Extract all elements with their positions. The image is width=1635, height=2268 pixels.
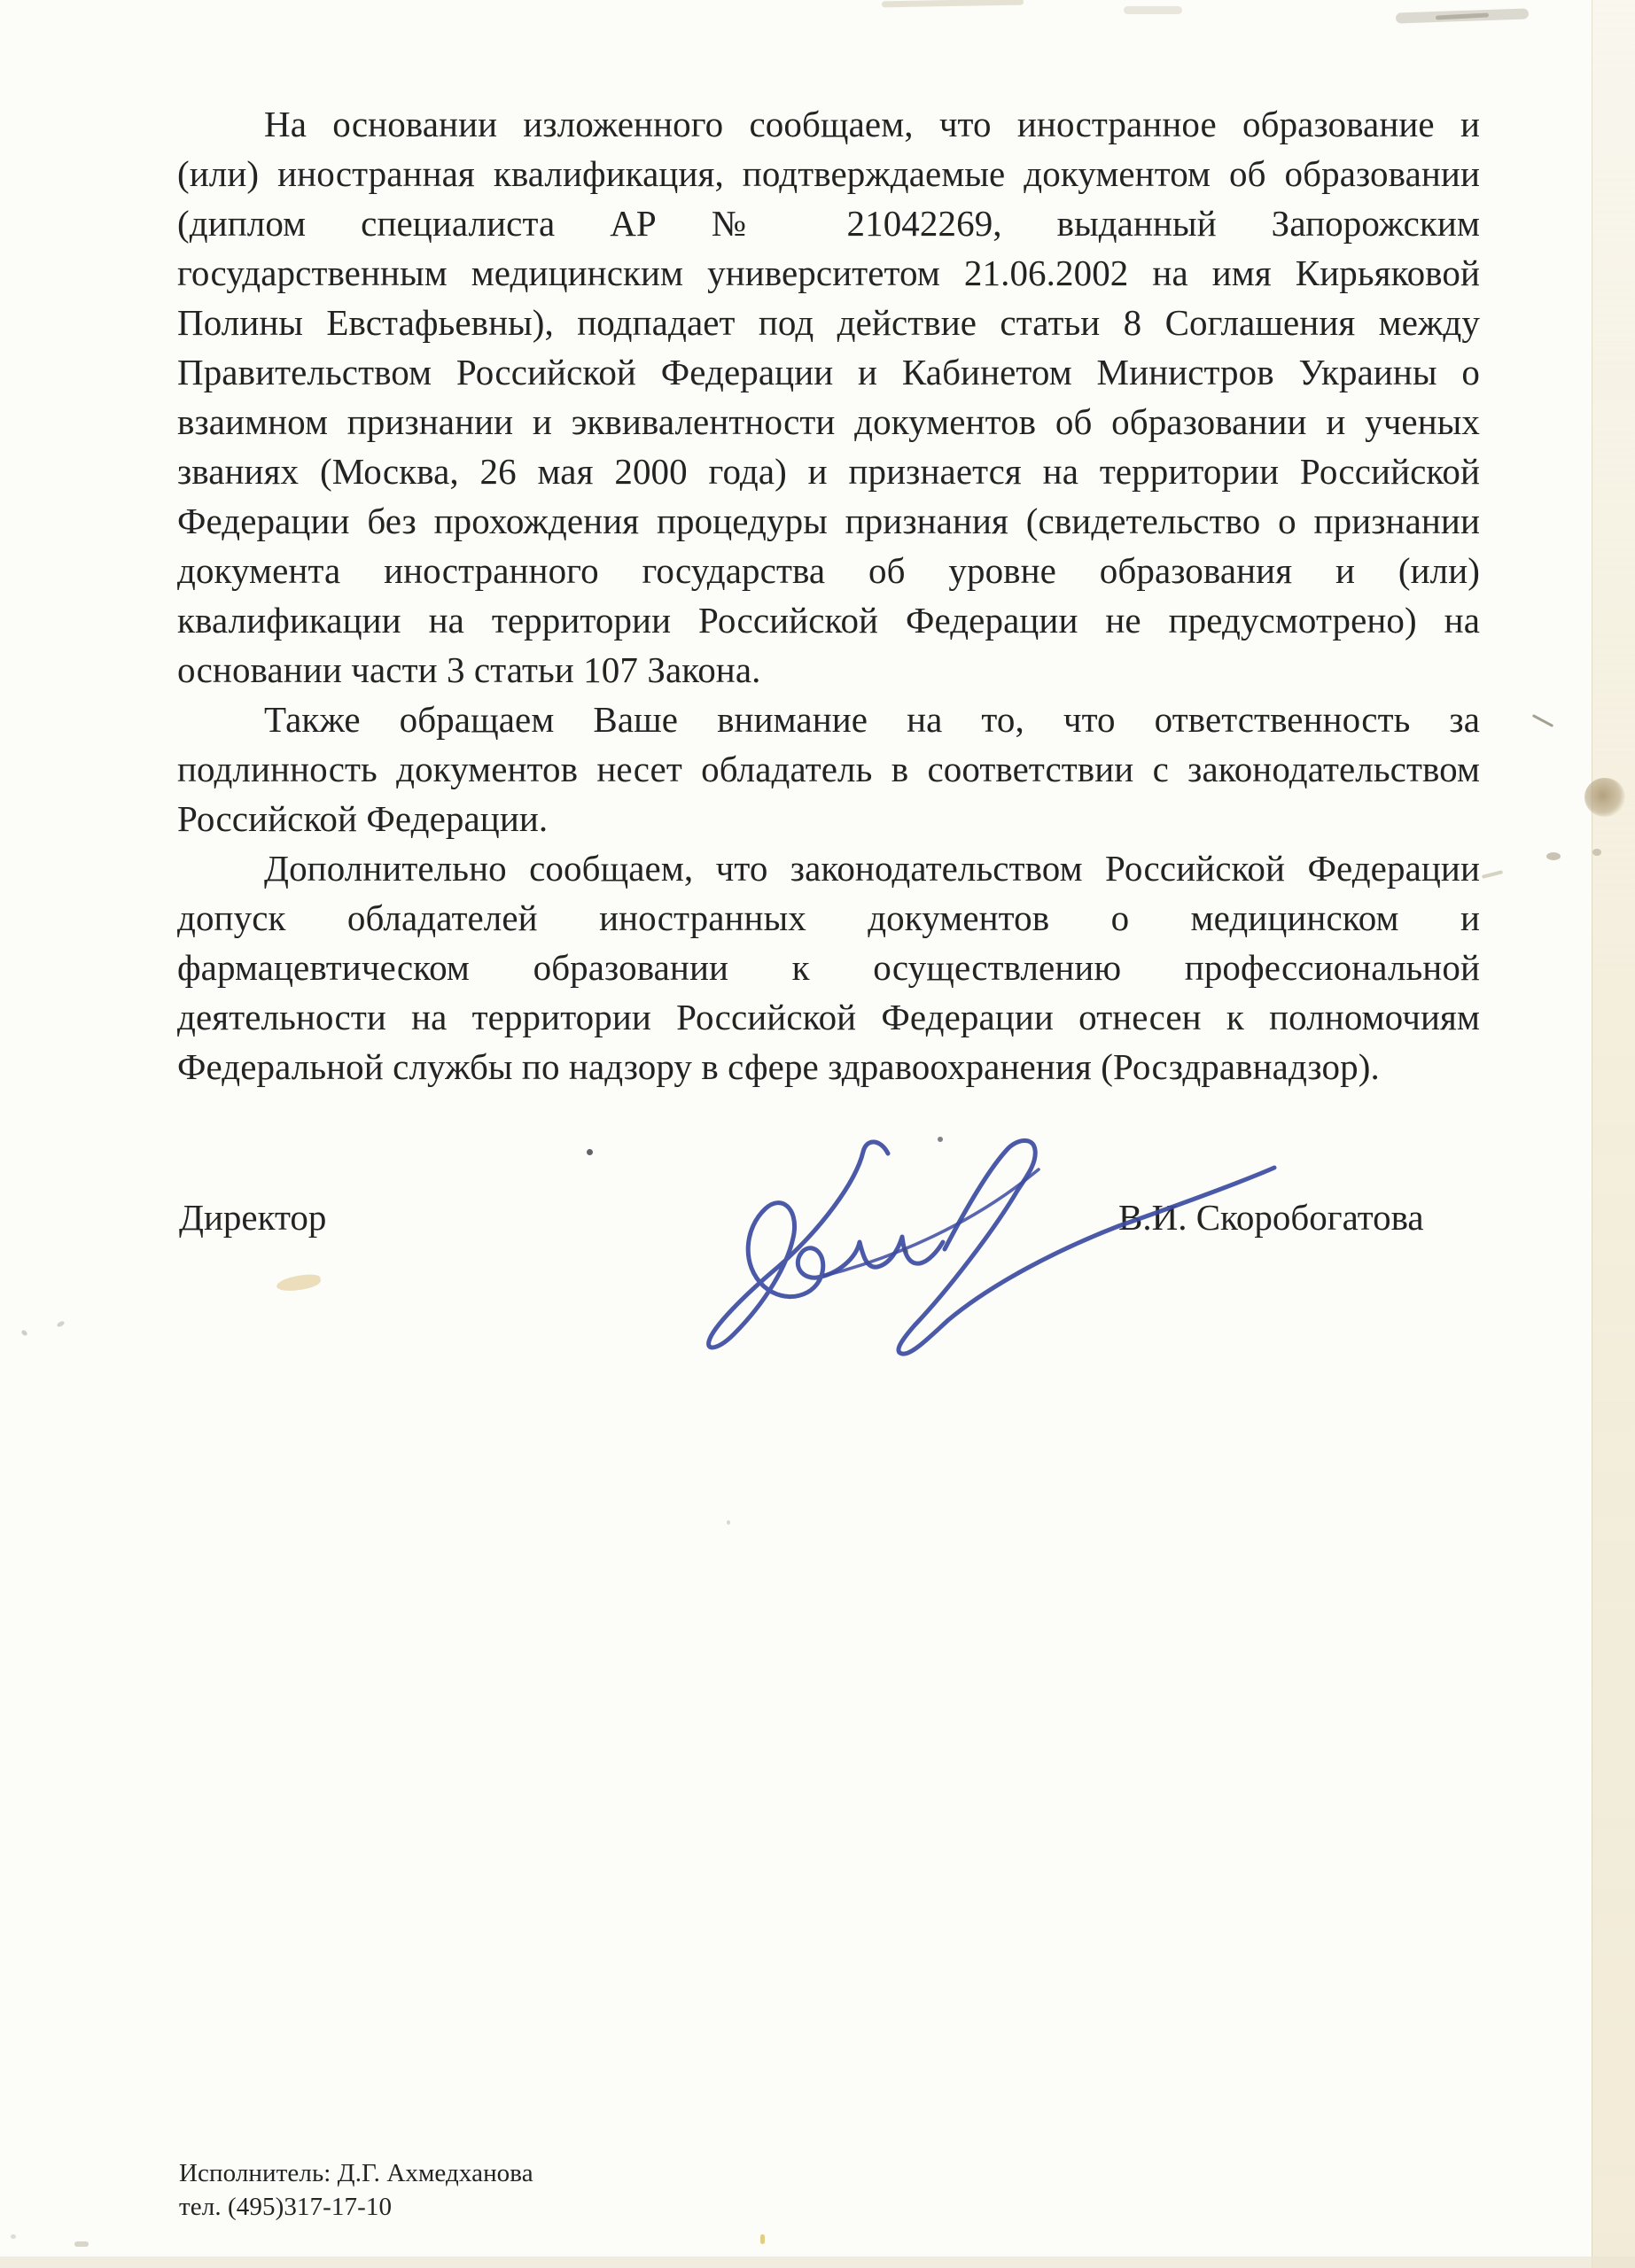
text-line: Также обращаем Ваше внимание на то, что … — [177, 695, 1480, 744]
scan-speck — [1546, 852, 1561, 860]
text-line: Федеральной службы по надзору в сфере зд… — [177, 1042, 1480, 1091]
paper-edge-bottom — [0, 2256, 1635, 2268]
ink-dot — [587, 1149, 593, 1155]
paragraph: На основании изложенного сообщаем, что и… — [177, 99, 1480, 695]
paper-edge-strip — [1592, 0, 1635, 2268]
text-line: основании части 3 статьи 107 Закона. — [177, 645, 1480, 695]
paragraph: Также обращаем Ваше внимание на то, что … — [177, 695, 1480, 843]
paragraph: Дополнительно сообщаем, что законодатель… — [177, 843, 1480, 1091]
executor-line: Исполнитель: Д.Г. Ахмедханова — [179, 2156, 533, 2190]
text-line: государственным медицинским университето… — [177, 248, 1480, 298]
scan-speck — [1592, 849, 1601, 856]
letter-body: На основании изложенного сообщаем, что и… — [177, 99, 1480, 1091]
scan-scratch — [1482, 870, 1503, 879]
text-line: квалификации на территории Российской Фе… — [177, 595, 1480, 645]
scanned-letter-page: На основании изложенного сообщаем, что и… — [0, 0, 1635, 2268]
text-line: (или) иностранная квалификация, подтверж… — [177, 149, 1480, 198]
text-line: Российской Федерации. — [177, 794, 1480, 843]
scan-speck — [20, 1329, 28, 1336]
text-line: На основании изложенного сообщаем, что и… — [177, 99, 1480, 149]
text-line: фармацевтическом образовании к осуществл… — [177, 943, 1480, 992]
text-line: Полины Евстафьевны), подпадает под дейст… — [177, 298, 1480, 347]
scan-scratch — [1532, 714, 1553, 727]
scan-speck — [727, 1520, 730, 1525]
text-line: допуск обладателей иностранных документо… — [177, 893, 1480, 943]
text-line: Дополнительно сообщаем, что законодатель… — [177, 843, 1480, 893]
director-title: Директор — [179, 1192, 326, 1242]
text-line: деятельности на территории Российской Фе… — [177, 992, 1480, 1042]
scan-smudge — [1124, 6, 1182, 14]
scan-speck — [74, 2241, 89, 2247]
text-line: званиях (Москва, 26 мая 2000 года) и при… — [177, 447, 1480, 496]
scan-speck — [56, 1320, 65, 1328]
scan-stain — [276, 1273, 322, 1293]
signature-ink — [682, 1116, 1294, 1373]
text-line: взаимном признании и эквивалентности док… — [177, 397, 1480, 447]
ink-dot — [904, 1249, 908, 1254]
text-line: подлинность документов несет обладатель … — [177, 744, 1480, 794]
text-line: документа иностранного государства об ур… — [177, 546, 1480, 595]
phone-line: тел. (495)317-17-10 — [179, 2190, 533, 2224]
ink-dot — [938, 1137, 943, 1142]
text-line: (диплом специалиста АР № 21042269, выдан… — [177, 198, 1480, 248]
scan-stain — [1584, 778, 1625, 817]
scan-speck — [11, 2234, 16, 2239]
footer: Исполнитель: Д.Г. Ахмедханова тел. (495)… — [179, 2156, 533, 2224]
text-line: Федерации без прохождения процедуры приз… — [177, 496, 1480, 546]
scan-smudge — [882, 0, 1024, 7]
text-line: Правительством Российской Федерации и Ка… — [177, 347, 1480, 397]
scan-speck — [760, 2234, 765, 2244]
